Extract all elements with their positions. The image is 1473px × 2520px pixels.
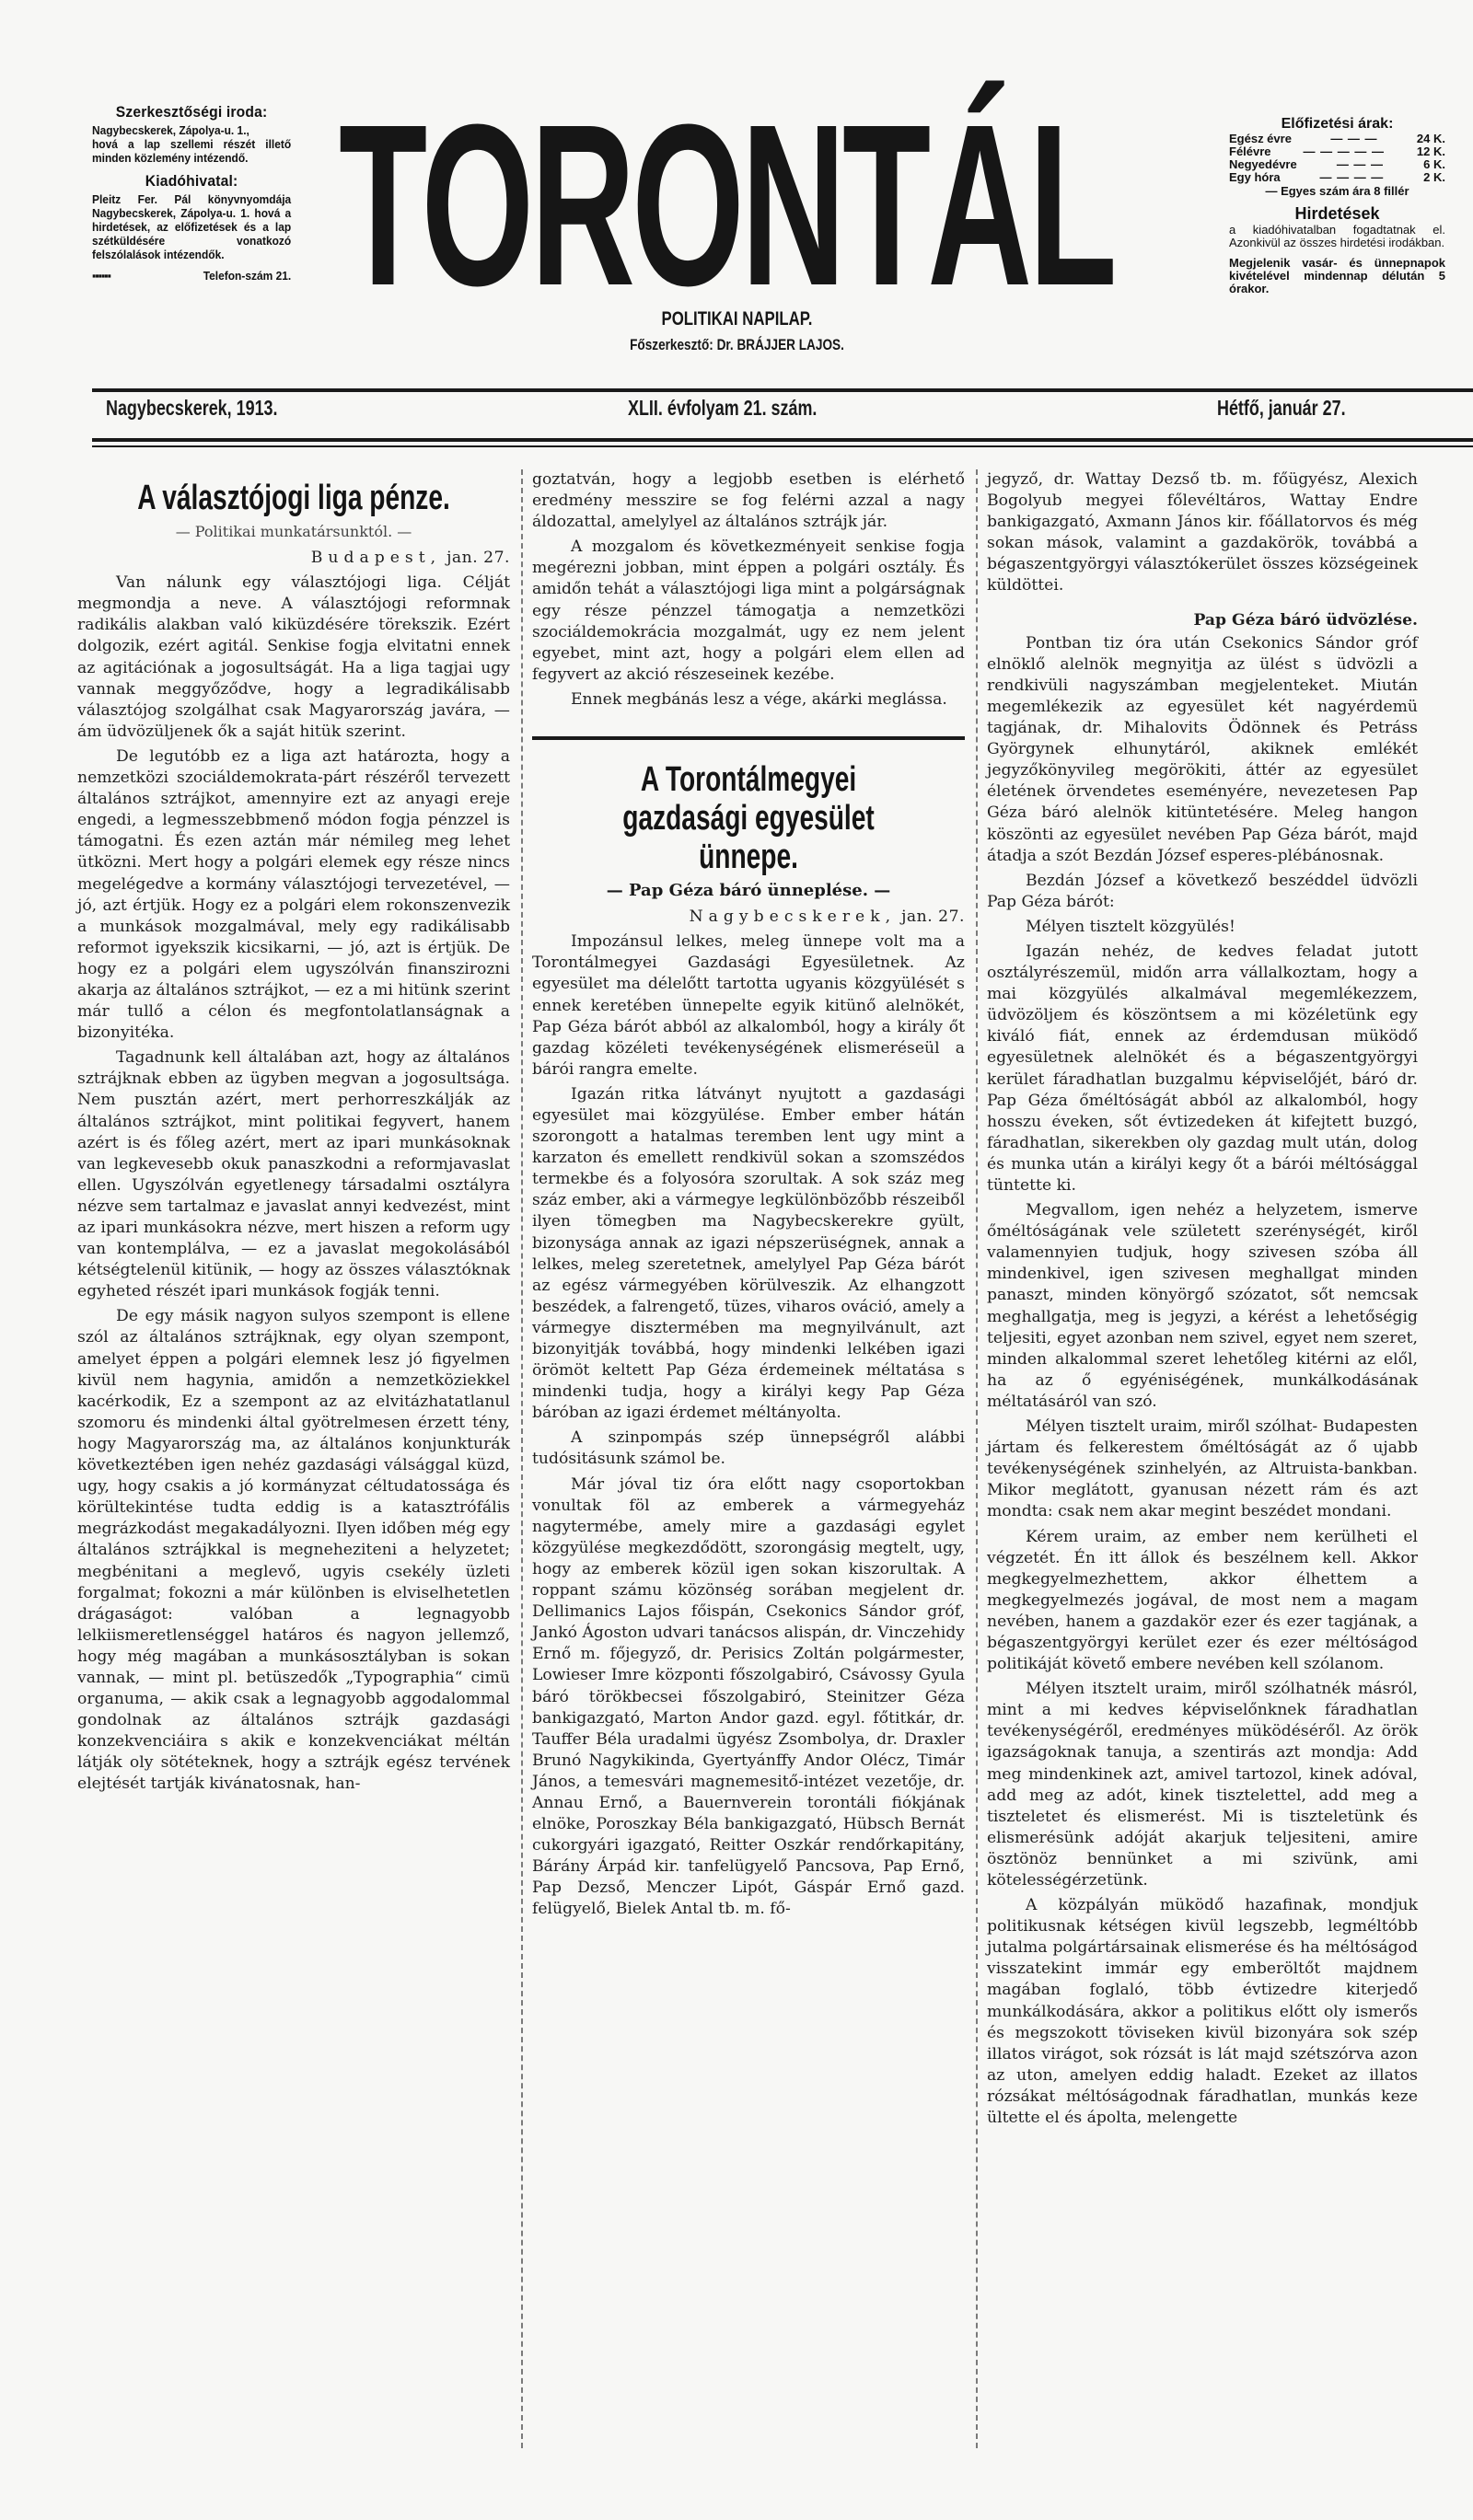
article-paragraph: Tagadnunk kell általában azt, hogy az ál… xyxy=(77,1047,510,1302)
article-title: A Torontálmegyei gazdasági egyesület ünn… xyxy=(588,760,909,876)
speech-paragraph: Mélyen tisztelt uraim, miről szólhat- Bu… xyxy=(987,1416,1418,1522)
article-place: Nagybecskerek, xyxy=(690,907,896,926)
price-row: Félévre — — — — — 12 K. xyxy=(1229,145,1445,158)
article-paragraph: Bezdán József a következő beszéddel üdvö… xyxy=(987,871,1418,913)
speech-paragraph: Megvallom, igen nehéz a helyzetem, ismer… xyxy=(987,1200,1418,1413)
newspaper-title: TORONTÁL xyxy=(339,109,826,302)
publisher-heading: Kiadóhivatal: xyxy=(92,174,291,188)
article-paragraph: De legutóbb ez a liga azt határozta, hog… xyxy=(77,746,510,1044)
publication-schedule: Megjelenik vasár- és ünnepnapok kivételé… xyxy=(1229,257,1445,295)
article-paragraph: Pontban tiz óra után Csekonics Sándor gr… xyxy=(987,633,1418,867)
price-leader: — — — — — xyxy=(1271,145,1417,158)
article-byline: — Pap Géza báró ünneplése. — xyxy=(532,880,965,901)
column-divider xyxy=(976,469,978,2448)
divider-rule xyxy=(92,388,1473,392)
price-row: Negyedévre — — — 6 K. xyxy=(1229,158,1445,171)
phone-number: Telefon-szám 21. xyxy=(203,269,291,283)
price-leader: — — — xyxy=(1292,133,1417,145)
ads-heading: Hirdetések xyxy=(1229,207,1445,220)
price-value: 2 K. xyxy=(1423,171,1445,184)
dateline: Nagybecskerek, 1913. XLII. évfolyam 21. … xyxy=(92,396,1473,433)
price-value: 24 K. xyxy=(1417,133,1445,145)
column-3: jegyző, dr. Wattay Dezső tb. m. főügyész… xyxy=(987,469,1418,2129)
price-value: 6 K. xyxy=(1423,158,1445,171)
article-separator xyxy=(532,736,965,740)
article-paragraph: Van nálunk egy választójogi liga. Célját… xyxy=(77,572,510,743)
editorial-office-address: Nagybecskerek, Zápolya-u. 1., xyxy=(92,123,291,137)
speech-paragraph: Mélyen itsztelt uraim, miről szólhatnék … xyxy=(987,1679,1418,1891)
section-subhead: Pap Géza báró üdvözlése. xyxy=(987,610,1418,631)
divider-rule xyxy=(92,445,1473,447)
speech-paragraph: Kérem uraim, az ember nem kerülheti el v… xyxy=(987,1527,1418,1676)
article-dateline: Nagybecskerek, jan. 27. xyxy=(532,907,965,928)
subscription-heading: Előfizetési árak: xyxy=(1229,118,1445,131)
article-paragraph: A szinpompás szép ünnepségről alábbi tud… xyxy=(532,1428,965,1470)
article-paragraph: jegyző, dr. Wattay Dezső tb. m. főügyész… xyxy=(987,469,1418,597)
article-paragraph: Impozánsul lelkes, meleg ünnepe volt ma … xyxy=(532,931,965,1081)
editorial-office-note: hová a lap szellemi részét illető minden… xyxy=(92,137,291,165)
article-paragraph: goztatván, hogy a legjobb esetben is elé… xyxy=(532,469,965,533)
place-year: Nagybecskerek, 1913. xyxy=(106,396,278,421)
divider-rule xyxy=(92,438,1473,442)
article-place: Budapest, xyxy=(311,549,441,567)
article-title: A választójogi liga pénze. xyxy=(133,479,454,517)
editorial-office-box: Szerkesztőségi iroda: Nagybecskerek, Záp… xyxy=(92,101,291,283)
editorial-office-heading: Szerkesztőségi iroda: xyxy=(92,105,291,119)
article-paragraph: Igazán ritka látványt nyujtott a gazdasá… xyxy=(532,1084,965,1425)
price-row: Egész évre — — — 24 K. xyxy=(1229,133,1445,145)
article-dateline: Budapest, jan. 27. xyxy=(77,548,510,569)
price-row: Egy hóra — — — — 2 K. xyxy=(1229,171,1445,184)
article-paragraph: Ennek megbánás lesz a vége, akárki meglá… xyxy=(532,689,965,711)
speech-paragraph: A közpályán müködő hazafinak, mondjuk po… xyxy=(987,1895,1418,2129)
article-paragraph: Már jóval tiz óra előtt nagy csoportokba… xyxy=(532,1474,965,1921)
price-value: 12 K. xyxy=(1417,145,1445,158)
editor-in-chief: Főszerkesztő: Dr. BRÁJJER LAJOS. xyxy=(630,336,844,354)
speech-greeting: Mélyen tisztelt közgyülés! xyxy=(987,917,1418,938)
column-divider xyxy=(521,469,523,2448)
newspaper-subtitle: POLITIKAI NAPILAP. xyxy=(661,308,812,330)
column-2: goztatván, hogy a legjobb esetben is elé… xyxy=(532,469,965,1921)
speech-paragraph: Igazán nehéz, de kedves feladat jutott o… xyxy=(987,942,1418,1196)
price-leader: — — — xyxy=(1297,158,1423,171)
article-paragraph: De egy másik nagyon sulyos szempont is e… xyxy=(77,1306,510,1795)
price-leader: — — — — xyxy=(1281,171,1424,184)
subscription-box: Előfizetési árak: Egész évre — — — 24 K.… xyxy=(1229,118,1445,295)
article-date: jan. 27. xyxy=(896,907,965,926)
article-paragraph: A mozgalom és következményeit senkise fo… xyxy=(532,537,965,686)
ads-text: a kiadóhivatalban fogadtatnak el. Azonki… xyxy=(1229,224,1445,249)
article-date: jan. 27. xyxy=(441,549,510,567)
single-issue-price: — Egyes szám ára 8 fillér xyxy=(1229,185,1445,198)
ornament-icon: ▪▪▪▪▪▪ xyxy=(92,269,110,283)
issue-date: Hétfő, január 27. xyxy=(1217,396,1346,421)
publisher-text: Pleitz Fer. Pál könyvnyomdája Nagybecske… xyxy=(92,192,291,261)
price-label: Félévre xyxy=(1229,145,1271,158)
masthead: Szerkesztőségi iroda: Nagybecskerek, Záp… xyxy=(0,0,1473,387)
article-byline: — Politikai munkatársunktól. — xyxy=(77,521,510,542)
phone-line: ▪▪▪▪▪▪ Telefon-szám 21. xyxy=(92,269,291,283)
price-label: Egész évre xyxy=(1229,133,1292,145)
volume-issue: XLII. évfolyam 21. szám. xyxy=(628,396,817,421)
column-1: A választójogi liga pénze. — Politikai m… xyxy=(77,469,510,1796)
newspaper-subtitle-block: POLITIKAI NAPILAP. Főszerkesztő: Dr. BRÁ… xyxy=(460,308,1013,354)
price-label: Negyedévre xyxy=(1229,158,1297,171)
price-label: Egy hóra xyxy=(1229,171,1281,184)
